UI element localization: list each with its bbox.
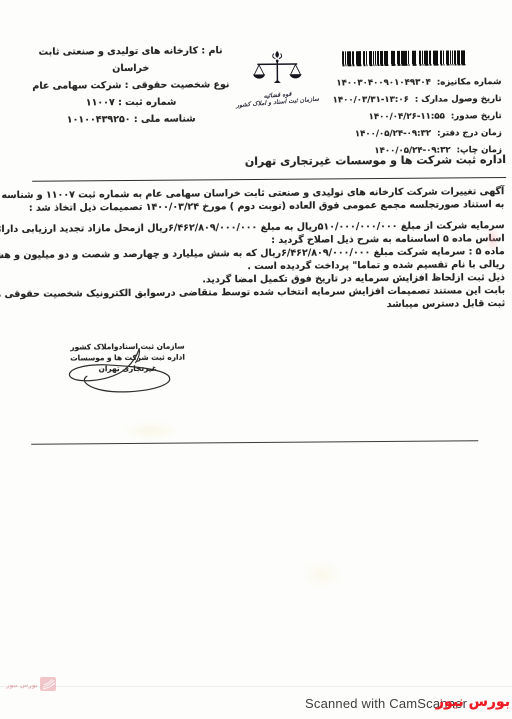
company-reg-number: شماره ثبت : ۱۱۰۰۷: [28, 93, 233, 112]
meta-value: ۱۴۰۰۳۰۴۰۰۹۰۱۰۴۹۳۰۴: [336, 75, 431, 93]
watermark-text: بورس نیوز: [6, 682, 38, 689]
company-info-box: نام : کارخانه های تولیدی و صنعتی ثابت خر…: [28, 42, 234, 129]
footer-divider-line: [31, 440, 478, 445]
watermark-logo-icon: [40, 676, 56, 695]
scan-blemish: [302, 559, 342, 589]
meta-label: تاریخ صدور:: [451, 111, 502, 121]
bourse-news-watermark: بورس نیوز: [6, 676, 56, 695]
meta-label: زمان درج دفتر:: [437, 128, 502, 139]
meta-value: ۱۴۰۰/۰۵/۲۴-۰۹:۳۲: [355, 126, 431, 144]
company-name-line2: خراسان: [28, 59, 233, 78]
company-name-line1: نام : کارخانه های تولیدی و صنعتی ثابت: [28, 42, 233, 61]
meta-docs-received-date: تاریخ وصول مدارک : ۱۴۰۰/۰۳/۳۱-۱۳:۰۶: [311, 91, 501, 109]
bourse-news-logo: بورس نیوز: [436, 694, 510, 710]
company-national-id: شناسه ملی : ۱۰۱۰۰۴۳۹۲۵۰: [29, 110, 234, 129]
meta-issue-date: تاریخ صدور: ۱۴۰۰/۰۴/۲۶-۱۱:۵۵: [312, 108, 502, 126]
letter-meta-fields: شماره مکانیزه: ۱۴۰۰۳۰۴۰۰۹۰۱۰۴۹۳۰۴ تاریخ …: [311, 74, 502, 160]
handwritten-signature-icon: [58, 345, 180, 408]
header-divider-line: [32, 177, 506, 182]
barcode-icon: [342, 50, 466, 66]
meta-value: ۱۴۰۰/۰۴/۲۶-۱۱:۵۵: [369, 109, 445, 127]
paper-bottom-edge: [0, 686, 512, 687]
scanned-document-page: نام : کارخانه های تولیدی و صنعتی ثابت خر…: [0, 0, 512, 719]
scales-of-justice-icon: [234, 49, 320, 92]
scan-blemish: [121, 421, 181, 441]
company-entity-type: نوع شخصیت حقوقی : شرکت سهامی عام: [28, 76, 233, 95]
meta-label: تاریخ وصول مدارک :: [415, 94, 502, 105]
meta-label: شماره مکانیزه:: [437, 77, 502, 88]
meta-register-entry-time: زمان درج دفتر: ۱۴۰۰/۰۵/۲۴-۰۹:۳۲: [312, 125, 502, 143]
announcement-body: آگهی تغییرات شرکت کارخانه های تولیدی و ص…: [5, 185, 505, 314]
meta-value: ۱۴۰۰/۰۳/۳۱-۱۳:۰۶: [333, 92, 409, 110]
judiciary-emblem: قوه قضائیه سازمان ثبت اسناد و املاک کشور: [234, 49, 320, 106]
document-content: نام : کارخانه های تولیدی و صنعتی ثابت خر…: [0, 0, 512, 719]
body-line: به استناد صورتجلسه مجمع عمومی فوق العاده…: [5, 198, 504, 215]
meta-mechanized-number: شماره مکانیزه: ۱۴۰۰۳۰۴۰۰۹۰۱۰۴۹۳۰۴: [311, 74, 501, 92]
registry-office-title: اداره ثبت شرکت ها و موسسات غیرتجاری تهرا…: [246, 153, 506, 168]
